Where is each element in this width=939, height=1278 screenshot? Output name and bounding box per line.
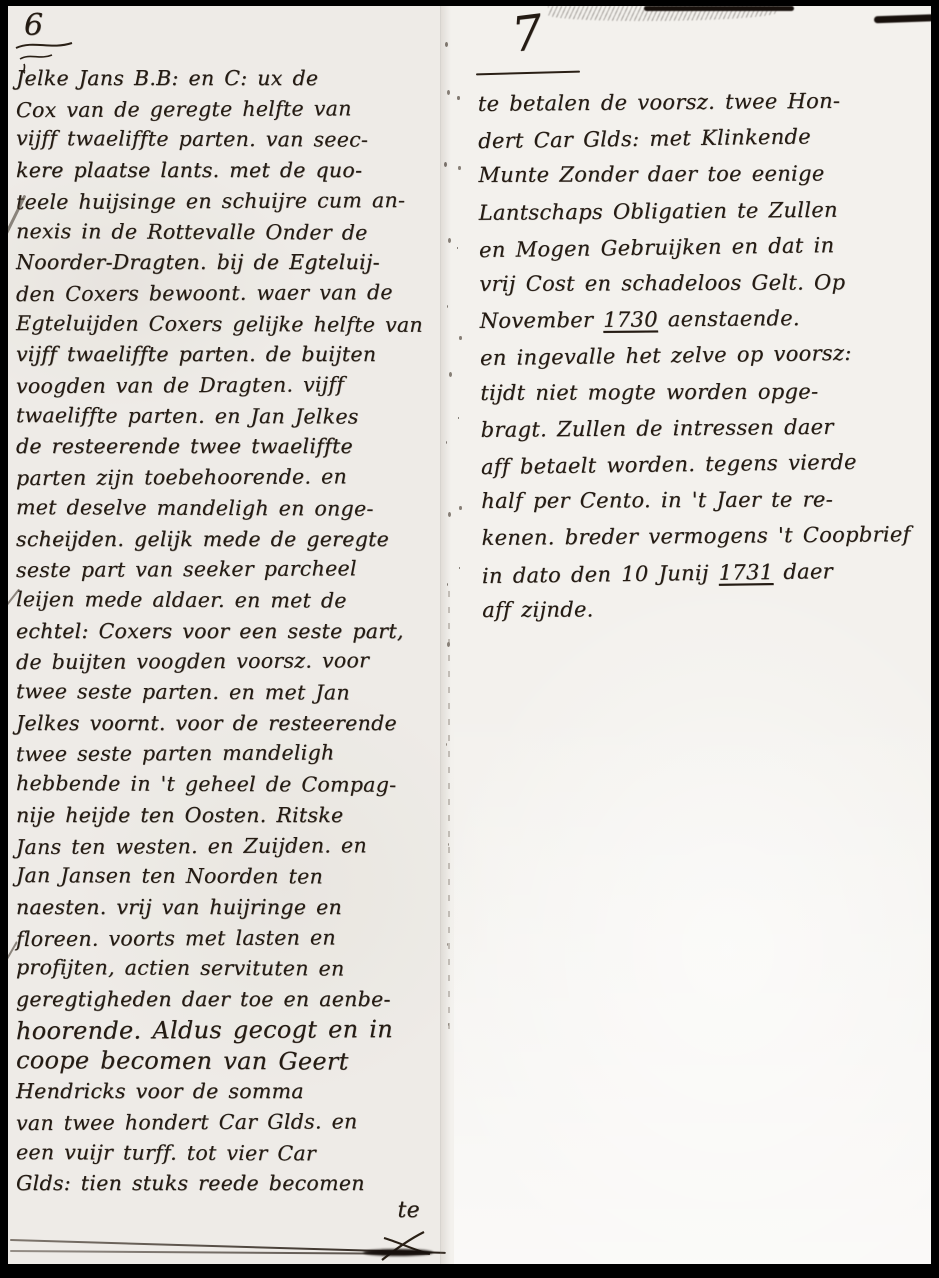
manuscript-line: Jelkes voornt. voor de resteerende: [16, 708, 434, 739]
manuscript-line: Jelke Jans B.B: en C: ux de: [16, 63, 434, 94]
ink-blot: [363, 1249, 433, 1256]
manuscript-line: naesten. vrij van huijringe en: [16, 892, 434, 923]
manuscript-line: twaeliffte parten. en Jan Jelkes: [16, 400, 434, 433]
manuscript-line: November 1730 aenstaende.: [480, 299, 922, 339]
manuscript-line: een vuijr turff. tot vier Car: [16, 1137, 434, 1170]
manuscript-line: den Coxers bewoont. waer van de: [16, 277, 434, 310]
manuscript-line: van twee hondert Car Glds. en: [16, 1106, 434, 1139]
manuscript-line: voogden van de Dragten. vijff: [16, 369, 434, 402]
manuscript-line: hoorende. Aldus gecogt en in: [16, 1014, 434, 1047]
manuscript-line: seste part van seeker parcheel: [16, 553, 434, 586]
manuscript-line: vijff twaeliffte parten. de buijten: [16, 339, 434, 370]
manuscript-line: aff zijnde.: [482, 590, 924, 628]
manuscript-line: Jan Jansen ten Noorden ten: [16, 860, 434, 893]
manuscript-line: leijen mede aldaer. en met de: [16, 584, 434, 617]
catchword: te: [398, 1198, 420, 1223]
manuscript-line: in dato den 10 Junij 1731 daer: [482, 552, 924, 594]
manuscript-line: profijten, actien servituten en: [16, 952, 434, 985]
manuscript-line: echtel: Coxers voor een seste part,: [16, 616, 434, 647]
manuscript-line: Glds: tien stuks reede becomen: [16, 1168, 434, 1199]
manuscript-line: de resteerende twee twaeliffte: [16, 431, 434, 462]
gutter-ink-specks: [445, 42, 448, 47]
manuscript-line: teele huijsinge en schuijre cum an-: [16, 185, 434, 218]
manuscript-line: vijff twaeliffte parten. van seec-: [16, 123, 434, 156]
top-edge-ink-streak: [644, 6, 794, 11]
manuscript-line: dert Car Glds: met Klinkende: [478, 117, 920, 159]
manuscript-line: parten zijn toebehoorende. en: [16, 461, 434, 494]
top-edge-ink-streak: [874, 14, 939, 24]
right-page-text: te betalen de voorsz. twee Hon-dert Car …: [478, 82, 925, 629]
left-page: 6 Jelke Jans B.B: en C: ux deCox van de …: [8, 6, 440, 1264]
manuscript-line: coope becomen van Geert: [16, 1045, 434, 1078]
manuscript-line: kenen. breder vermogens 't Coopbrief: [481, 517, 923, 557]
manuscript-line: Egteluijden Coxers gelijke helfte van: [16, 308, 434, 341]
manuscript-line: twee seste parten. en met Jan: [16, 676, 434, 709]
manuscript-line: Noorder-Dragten. bij de Egteluij-: [16, 247, 434, 278]
left-page-text: Jelke Jans B.B: en C: ux deCox van de ge…: [16, 63, 434, 1199]
page-number-left: 6: [24, 8, 43, 43]
manuscript-line: twee seste parten mandeligh: [16, 737, 434, 770]
manuscript-scan: 6 Jelke Jans B.B: en C: ux deCox van de …: [8, 6, 931, 1264]
margin-ink-specks: [457, 96, 460, 100]
manuscript-line: vrij Cost en schadeloos Gelt. Op: [479, 264, 921, 302]
manuscript-line: geregtigheden daer toe en aenbe-: [16, 984, 434, 1015]
manuscript-line: met deselve mandeligh en onge-: [16, 492, 434, 525]
manuscript-line: en Mogen Gebruijken en dat in: [479, 226, 921, 268]
manuscript-line: en ingevalle het zelve op voorsz:: [480, 334, 922, 376]
manuscript-line: aff betaelt worden. tegens vierde: [481, 443, 923, 485]
manuscript-line: tijdt niet mogte worden opge-: [480, 373, 922, 411]
manuscript-line: nexis in de Rottevalle Onder de: [16, 216, 434, 249]
catchword-flourish: [380, 1230, 432, 1264]
manuscript-line: Lantschaps Obligatien te Zullen: [479, 191, 921, 231]
manuscript-line: kere plaatse lants. met de quo-: [16, 155, 434, 186]
gutter-fold-marks: [448, 591, 450, 1031]
manuscript-line: half per Cento. in 't Jaer te re-: [481, 481, 923, 519]
manuscript-line: Hendricks voor de somma: [16, 1076, 434, 1107]
manuscript-line: Munte Zonder daer toe eenige: [478, 155, 920, 193]
manuscript-line: Cox van de geregte helfte van: [16, 93, 434, 126]
page-number-right: 7: [509, 4, 546, 63]
page-gutter: [440, 6, 455, 1264]
manuscript-line: de buijten voogden voorsz. voor: [16, 645, 434, 678]
page-number-underline: [476, 71, 580, 76]
right-page: 7 te betalen de voorsz. twee Hon-dert Ca…: [454, 6, 931, 1264]
manuscript-line: scheijden. gelijk mede de geregte: [16, 524, 434, 555]
manuscript-line: te betalen de voorsz. twee Hon-: [478, 82, 920, 122]
manuscript-line: hebbende in 't geheel de Compag-: [16, 768, 434, 801]
manuscript-line: nije heijde ten Oosten. Ritske: [16, 800, 434, 831]
scanned-document-frame: 6 Jelke Jans B.B: en C: ux deCox van de …: [0, 0, 939, 1278]
manuscript-line: bragt. Zullen de intressen daer: [480, 408, 922, 448]
manuscript-line: floreen. voorts met lasten en: [16, 922, 434, 955]
manuscript-line: Jans ten westen. en Zuijden. en: [16, 829, 434, 862]
